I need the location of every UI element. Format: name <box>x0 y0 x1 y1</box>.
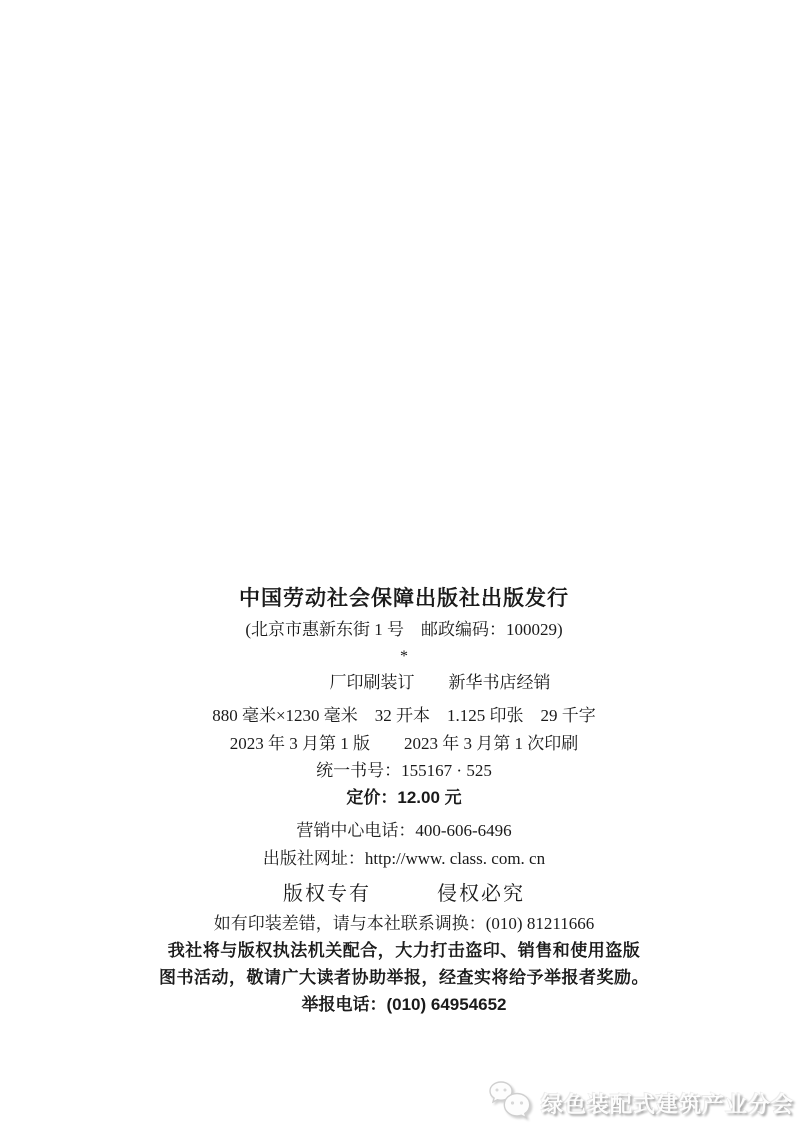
wechat-icon <box>487 1078 533 1129</box>
wechat-watermark: 绿色装配式建筑产业分会 <box>487 1078 794 1129</box>
format-specs-line: 880 毫米×1230 毫米 32 开本 1.125 印张 29 千字 <box>0 705 808 727</box>
publisher-address: (北京市惠新东街 1 号 邮政编码：100029) <box>0 619 808 641</box>
colophon-page: 中国劳动社会保障出版社出版发行 (北京市惠新东街 1 号 邮政编码：100029… <box>0 0 808 1134</box>
printing-distribution-line: 厂印刷装订 新华书店经销 <box>36 672 808 694</box>
publisher-line: 中国劳动社会保障出版社出版发行 <box>0 585 808 612</box>
rights-notice-line: 版权专有 侵权必究 <box>0 881 808 907</box>
price-line: 定价：12.00 元 <box>0 787 808 809</box>
edition-line: 2023 年 3 月第 1 版 2023 年 3 月第 1 次印刷 <box>0 733 808 755</box>
exchange-notice-line: 如有印装差错，请与本社联系调换：(010) 81211666 <box>0 913 808 935</box>
asterisk-separator: * <box>0 647 808 668</box>
book-number-line: 统一书号：155167 · 525 <box>0 760 808 782</box>
watermark-label: 绿色装配式建筑产业分会 <box>541 1088 794 1119</box>
anti-piracy-line-1: 我社将与版权执法机关配合，大力打击盗印、销售和使用盗版 <box>0 940 808 962</box>
report-phone-line: 举报电话：(010) 64954652 <box>0 994 808 1016</box>
website-line: 出版社网址：http://www. class. com. cn <box>0 848 808 870</box>
marketing-phone-line: 营销中心电话：400-606-6496 <box>0 820 808 842</box>
anti-piracy-line-2: 图书活动，敬请广大读者协助举报，经查实将给予举报者奖励。 <box>0 967 808 989</box>
